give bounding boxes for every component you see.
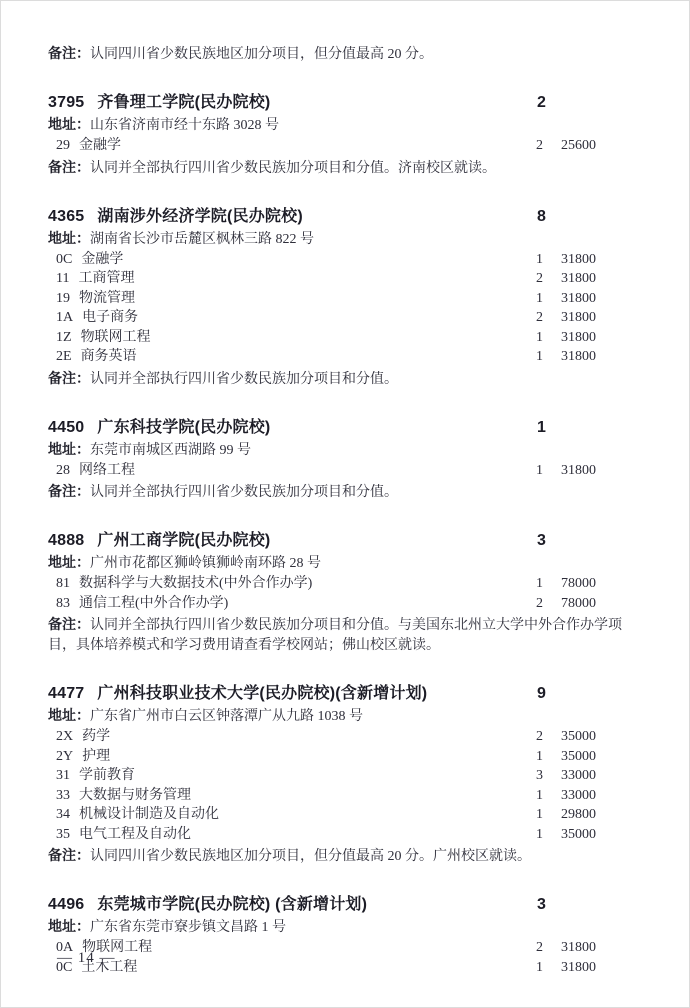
school-note-line: 备注：认同并全部执行四川省少数民族加分项目和分值。与美国东北州立大学中外合作办学… xyxy=(48,614,649,656)
major-fee: 31800 xyxy=(561,250,596,270)
major-row: 11工商管理231800 xyxy=(48,269,649,289)
major-fee: 33000 xyxy=(561,766,596,786)
major-name: 护理 xyxy=(82,749,110,764)
school-code: 4496 xyxy=(48,896,84,913)
major-fee: 33000 xyxy=(561,786,596,806)
address-label: 地址： xyxy=(48,554,90,570)
school-code: 4888 xyxy=(48,532,84,549)
major-count: 2 xyxy=(536,269,543,289)
note-label: 备注： xyxy=(48,45,90,61)
address-text: 东莞市南城区西湖路 99 号 xyxy=(90,443,251,458)
major-fee: 31800 xyxy=(561,308,596,328)
school-plan-count: 8 xyxy=(537,205,546,228)
address-line: 地址：广州市花都区狮岭镇狮岭南环路 28 号 xyxy=(48,552,649,574)
major-row: 83通信工程(中外合作办学)278000 xyxy=(48,594,649,614)
major-name: 通信工程(中外合作办学) xyxy=(79,596,228,611)
page: 备注：认同四川省少数民族地区加分项目，但分值最高 20 分。 3795齐鲁理工学… xyxy=(0,0,690,1008)
school-header: 3795齐鲁理工学院(民办院校)2 xyxy=(48,91,649,114)
school-plan-count: 3 xyxy=(537,529,546,552)
school-header: 4477广州科技职业技术大学(民办院校)(含新增计划)9 xyxy=(48,682,649,705)
school-code: 4450 xyxy=(48,419,84,436)
major-count: 2 xyxy=(536,136,543,156)
school-note-line: 备注：认同并全部执行四川省少数民族加分项目和分值。济南校区就读。 xyxy=(48,157,649,179)
address-text: 广东省广州市白云区钟落潭广从九路 1038 号 xyxy=(90,709,363,724)
school-name: 湖南涉外经济学院(民办院校) xyxy=(97,208,302,225)
address-text: 山东省济南市经十东路 3028 号 xyxy=(90,118,279,133)
major-count: 1 xyxy=(536,328,543,348)
major-code: 83 xyxy=(56,594,70,614)
major-count: 1 xyxy=(536,574,543,594)
major-fee: 31800 xyxy=(561,347,596,367)
school-name: 广州工商学院(民办院校) xyxy=(97,532,270,549)
major-code: 33 xyxy=(56,786,70,806)
school-plan-count: 2 xyxy=(537,91,546,114)
school-block: 4450广东科技学院(民办院校)1地址：东莞市南城区西湖路 99 号28网络工程… xyxy=(48,416,649,504)
school-header: 4450广东科技学院(民办院校)1 xyxy=(48,416,649,439)
major-fee: 78000 xyxy=(561,594,596,614)
note-text: 认同并全部执行四川省少数民族加分项目和分值。 xyxy=(90,485,398,500)
address-line: 地址：山东省济南市经十东路 3028 号 xyxy=(48,114,649,136)
major-fee: 35000 xyxy=(561,727,596,747)
school-block: 4496东莞城市学院(民办院校) (含新增计划)3地址：广东省东莞市寮步镇文昌路… xyxy=(48,893,649,977)
major-count: 1 xyxy=(536,347,543,367)
school-plan-count: 9 xyxy=(537,682,546,705)
address-text: 湖南省长沙市岳麓区枫林三路 822 号 xyxy=(90,232,314,247)
school-block: 4477广州科技职业技术大学(民办院校)(含新增计划)9地址：广东省广州市白云区… xyxy=(48,682,649,867)
school-name: 东莞城市学院(民办院校) (含新增计划) xyxy=(97,896,367,913)
major-code: 19 xyxy=(56,289,70,309)
major-row: 0A物联网工程231800 xyxy=(48,938,649,958)
note-text: 认同并全部执行四川省少数民族加分项目和分值。 xyxy=(90,372,398,387)
major-code: 11 xyxy=(56,269,69,289)
major-fee: 25600 xyxy=(561,136,596,156)
major-row: 29金融学225600 xyxy=(48,136,649,156)
major-count: 2 xyxy=(536,727,543,747)
major-name: 学前教育 xyxy=(79,768,135,783)
address-line: 地址：广东省东莞市寮步镇文昌路 1 号 xyxy=(48,916,649,938)
major-name: 物联网工程 xyxy=(81,330,151,345)
top-note-text: 认同四川省少数民族地区加分项目，但分值最高 20 分。 xyxy=(90,47,433,62)
school-name: 齐鲁理工学院(民办院校) xyxy=(97,94,270,111)
school-name: 广东科技学院(民办院校) xyxy=(97,419,270,436)
major-name: 金融学 xyxy=(79,138,121,153)
major-count: 1 xyxy=(536,786,543,806)
major-row: 1A电子商务231800 xyxy=(48,308,649,328)
major-fee: 31800 xyxy=(561,328,596,348)
major-fee: 29800 xyxy=(561,805,596,825)
major-fee: 78000 xyxy=(561,574,596,594)
major-name: 物流管理 xyxy=(79,291,135,306)
schools-list: 3795齐鲁理工学院(民办院校)2地址：山东省济南市经十东路 3028 号29金… xyxy=(48,91,649,977)
note-label: 备注： xyxy=(48,616,90,632)
major-row: 35电气工程及自动化135000 xyxy=(48,825,649,845)
major-code: 35 xyxy=(56,825,70,845)
major-name: 商务英语 xyxy=(81,349,137,364)
school-code: 3795 xyxy=(48,94,84,111)
major-count: 1 xyxy=(536,250,543,270)
major-row: 28网络工程131800 xyxy=(48,461,649,481)
major-name: 网络工程 xyxy=(79,463,135,478)
major-row: 34机械设计制造及自动化129800 xyxy=(48,805,649,825)
major-name: 工商管理 xyxy=(78,271,134,286)
school-block: 3795齐鲁理工学院(民办院校)2地址：山东省济南市经十东路 3028 号29金… xyxy=(48,91,649,179)
note-label: 备注： xyxy=(48,847,90,863)
major-code: 2X xyxy=(56,727,73,747)
major-row: 19物流管理131800 xyxy=(48,289,649,309)
address-line: 地址：湖南省长沙市岳麓区枫林三路 822 号 xyxy=(48,228,649,250)
note-text: 认同并全部执行四川省少数民族加分项目和分值。与美国东北州立大学中外合作办学项目，… xyxy=(48,618,622,653)
top-note-line: 备注：认同四川省少数民族地区加分项目，但分值最高 20 分。 xyxy=(48,43,649,65)
school-header: 4496东莞城市学院(民办院校) (含新增计划)3 xyxy=(48,893,649,916)
address-label: 地址： xyxy=(48,918,90,934)
school-header: 4888广州工商学院(民办院校)3 xyxy=(48,529,649,552)
major-count: 2 xyxy=(536,594,543,614)
major-name: 电气工程及自动化 xyxy=(79,827,191,842)
major-row: 31学前教育333000 xyxy=(48,766,649,786)
major-count: 2 xyxy=(536,938,543,958)
major-code: 28 xyxy=(56,461,70,481)
address-label: 地址： xyxy=(48,441,90,457)
major-fee: 35000 xyxy=(561,825,596,845)
major-count: 1 xyxy=(536,825,543,845)
major-row: 0C金融学131800 xyxy=(48,250,649,270)
major-code: 2E xyxy=(56,347,72,367)
major-row: 81数据科学与大数据技术(中外合作办学)178000 xyxy=(48,574,649,594)
major-code: 34 xyxy=(56,805,70,825)
major-name: 大数据与财务管理 xyxy=(79,788,191,803)
address-label: 地址： xyxy=(48,707,90,723)
major-row: 33大数据与财务管理133000 xyxy=(48,786,649,806)
major-name: 药学 xyxy=(82,729,110,744)
major-fee: 31800 xyxy=(561,461,596,481)
major-fee: 31800 xyxy=(561,269,596,289)
note-text: 认同四川省少数民族地区加分项目，但分值最高 20 分。广州校区就读。 xyxy=(90,849,531,864)
address-line: 地址：东莞市南城区西湖路 99 号 xyxy=(48,439,649,461)
note-text: 认同并全部执行四川省少数民族加分项目和分值。济南校区就读。 xyxy=(90,161,496,176)
major-count: 1 xyxy=(536,461,543,481)
school-block: 4365湖南涉外经济学院(民办院校)8地址：湖南省长沙市岳麓区枫林三路 822 … xyxy=(48,205,649,390)
major-count: 3 xyxy=(536,766,543,786)
major-row: 2Y护理135000 xyxy=(48,747,649,767)
major-code: 29 xyxy=(56,136,70,156)
major-code: 81 xyxy=(56,574,70,594)
major-row: 2E商务英语131800 xyxy=(48,347,649,367)
note-label: 备注： xyxy=(48,370,90,386)
address-text: 广州市花都区狮岭镇狮岭南环路 28 号 xyxy=(90,556,321,571)
school-note-line: 备注：认同四川省少数民族地区加分项目，但分值最高 20 分。广州校区就读。 xyxy=(48,845,649,867)
major-name: 机械设计制造及自动化 xyxy=(79,807,219,822)
major-row: 0C土木工程131800 xyxy=(48,958,649,978)
major-fee: 31800 xyxy=(561,958,596,978)
school-name: 广州科技职业技术大学(民办院校)(含新增计划) xyxy=(97,685,427,702)
major-name: 金融学 xyxy=(81,252,123,267)
major-count: 1 xyxy=(536,805,543,825)
major-name: 数据科学与大数据技术(中外合作办学) xyxy=(79,576,312,591)
major-row: 1Z物联网工程131800 xyxy=(48,328,649,348)
school-code: 4477 xyxy=(48,685,84,702)
note-label: 备注： xyxy=(48,159,90,175)
major-code: 1Z xyxy=(56,328,72,348)
address-line: 地址：广东省广州市白云区钟落潭广从九路 1038 号 xyxy=(48,705,649,727)
school-plan-count: 1 xyxy=(537,416,546,439)
school-note-line: 备注：认同并全部执行四川省少数民族加分项目和分值。 xyxy=(48,368,649,390)
major-name: 电子商务 xyxy=(82,310,138,325)
note-label: 备注： xyxy=(48,483,90,499)
major-row: 2X药学235000 xyxy=(48,727,649,747)
major-fee: 35000 xyxy=(561,747,596,767)
major-count: 1 xyxy=(536,289,543,309)
major-code: 2Y xyxy=(56,747,73,767)
major-code: 31 xyxy=(56,766,70,786)
address-label: 地址： xyxy=(48,116,90,132)
major-fee: 31800 xyxy=(561,289,596,309)
page-number: — 14 — xyxy=(57,950,116,967)
major-code: 1A xyxy=(56,308,73,328)
major-fee: 31800 xyxy=(561,938,596,958)
school-code: 4365 xyxy=(48,208,84,225)
address-text: 广东省东莞市寮步镇文昌路 1 号 xyxy=(90,920,286,935)
major-count: 1 xyxy=(536,747,543,767)
major-count: 1 xyxy=(536,958,543,978)
major-code: 0C xyxy=(56,250,72,270)
address-label: 地址： xyxy=(48,230,90,246)
school-header: 4365湖南涉外经济学院(民办院校)8 xyxy=(48,205,649,228)
school-block: 4888广州工商学院(民办院校)3地址：广州市花都区狮岭镇狮岭南环路 28 号8… xyxy=(48,529,649,656)
school-note-line: 备注：认同并全部执行四川省少数民族加分项目和分值。 xyxy=(48,481,649,503)
major-count: 2 xyxy=(536,308,543,328)
school-plan-count: 3 xyxy=(537,893,546,916)
